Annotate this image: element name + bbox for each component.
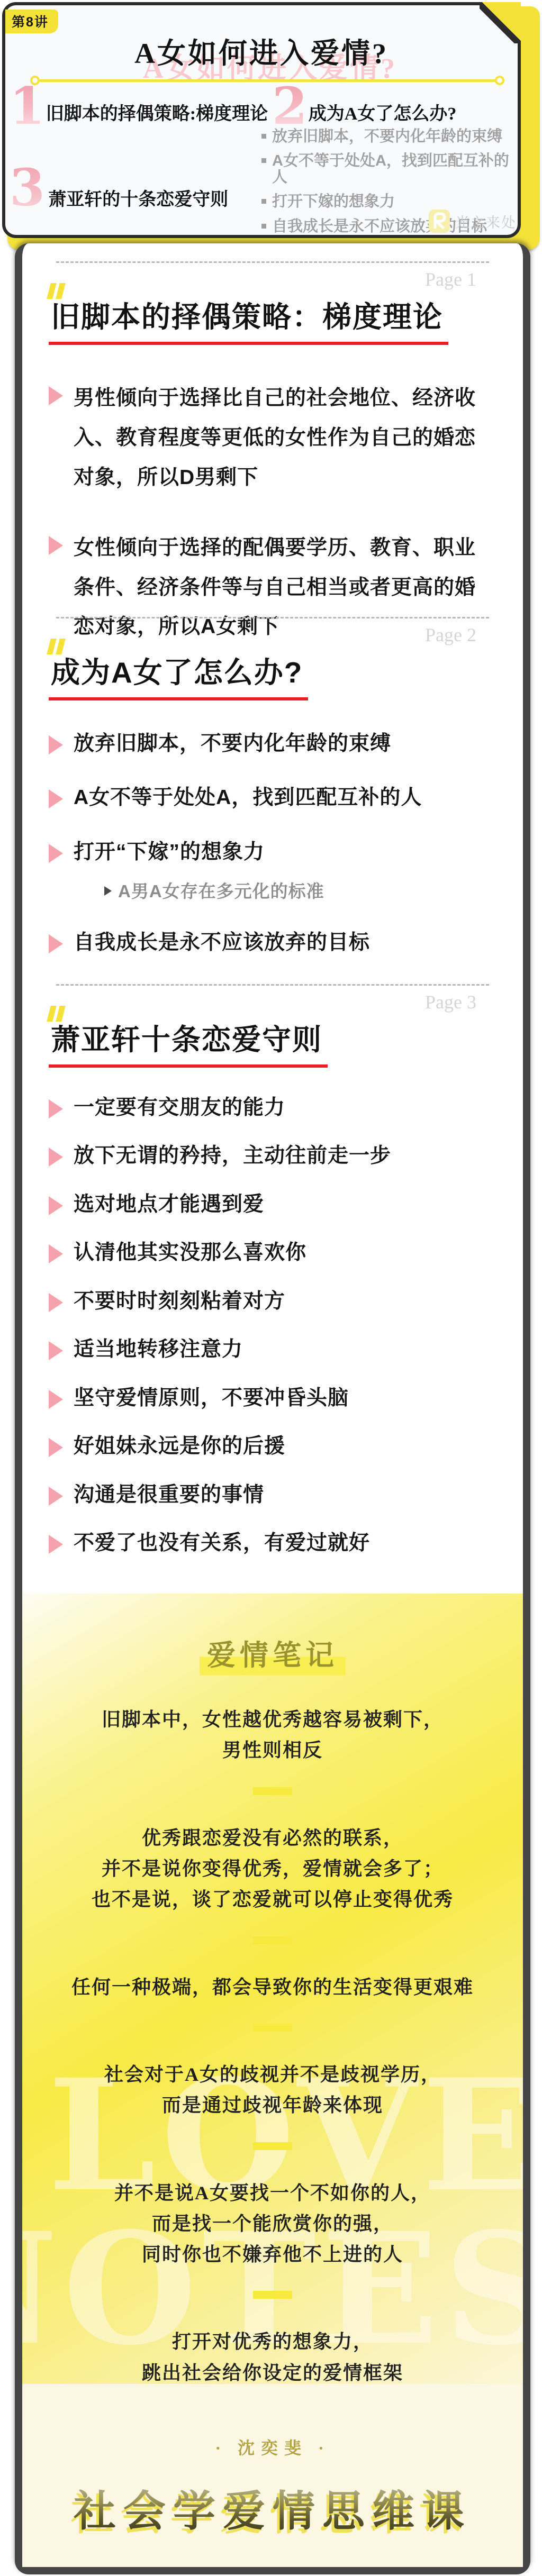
square-bullet-icon	[261, 199, 266, 204]
page-number-label: Page 2	[49, 624, 476, 646]
bullet-item: 放弃旧脚本，不要内化年龄的束缚	[49, 728, 496, 760]
toc-row-2: 3 萧亚轩的十条恋爱守则	[10, 165, 228, 211]
triangle-bullet-icon	[49, 386, 63, 405]
triangle-bullet-icon	[49, 1390, 63, 1409]
header-card: 第8讲 A女如何进入爱情? A女如何进入爱情? 1 旧脚本的择偶策略:梯度理论 …	[2, 2, 521, 238]
bullet-item: A女不等于处处A，找到匹配互补的人	[49, 782, 496, 814]
toc-number-1: 1	[10, 84, 45, 129]
triangle-bullet-icon	[49, 735, 63, 754]
triangle-bullet-icon	[49, 1293, 63, 1312]
page-2-section: Page 2 成为A女了怎么办? 放弃旧脚本，不要内化年龄的束缚 A女不等于处处…	[49, 617, 496, 959]
square-bullet-icon	[261, 158, 266, 163]
bullet-list: 放弃旧脚本，不要内化年龄的束缚 A女不等于处处A，找到匹配互补的人 打开“下嫁”…	[49, 728, 496, 959]
triangle-bullet-icon	[49, 844, 63, 863]
note-paragraph: 优秀跟恋爱没有必然的联系， 并不是说你变得优秀，爱情就会多了； 也不是说，谈了恋…	[22, 1823, 523, 1915]
dash-divider	[253, 2024, 292, 2032]
dash-divider	[253, 1936, 292, 1944]
note-paragraph: 社会对于A女的歧视并不是歧视学历， 而是通过歧视年龄来体现	[22, 2059, 523, 2121]
love-notes-section: LOVE NOTES 爱情笔记 旧脚本中，女性越优秀越容易被剩下， 男性则相反 …	[22, 1594, 523, 2384]
lecture-badge: 第8讲	[5, 10, 58, 33]
dashed-separator	[56, 984, 489, 986]
triangle-bullet-icon	[49, 1099, 63, 1118]
triangle-bullet-icon	[49, 1196, 63, 1215]
bullet-item: 沟通是很重要的事情	[49, 1479, 496, 1511]
dashed-separator	[56, 261, 489, 263]
note-paragraph: 并不是说A女要找一个不如你的人， 而是找一个能欣赏你的强， 同时你也不嫌弃他不上…	[22, 2178, 523, 2270]
bullet-item: 自我成长是永不应该放弃的目标	[49, 927, 496, 959]
triangle-bullet-icon	[49, 1535, 63, 1554]
content-card: Page 1 旧脚本的择偶策略：梯度理论 男性倾向于选择比自己的社会地位、经济收…	[15, 243, 530, 2574]
toc-row-1: 1 旧脚本的择偶策略:梯度理论 2 成为A女了怎么办?	[10, 84, 513, 129]
bullet-list: 男性倾向于选择比自己的社会地位、经济收入、教育程度等更低的女性作为自己的婚恋对象…	[49, 379, 496, 647]
dash-divider	[253, 1787, 292, 1795]
notes-title: 爱情笔记	[200, 1633, 346, 1677]
bullet-item: 一定要有交朋友的能力	[49, 1092, 496, 1124]
brand-logo-icon	[428, 208, 451, 234]
page-number-label: Page 3	[49, 991, 476, 1013]
section-heading: 萧亚轩十条恋爱守则	[49, 1016, 328, 1068]
triangle-bullet-icon	[49, 1438, 63, 1457]
section-heading: 旧脚本的择偶策略：梯度理论	[49, 294, 448, 345]
bullet-item: 打开“下嫁”的想象力 A男A女存在多元化的标准	[49, 836, 496, 905]
toc-number-2: 2	[272, 84, 308, 129]
bullet-item: 不爱了也没有关系，有爱过就好	[49, 1527, 496, 1559]
toc-label-2: 成为A女了怎么办?	[309, 99, 457, 129]
triangle-bullet-icon	[49, 1341, 63, 1360]
square-bullet-icon	[261, 134, 266, 139]
course-title: 社会学爱情思维课	[74, 2477, 472, 2538]
note-paragraph: 旧脚本中，女性越优秀越容易被剩下， 男性则相反	[22, 1704, 523, 1766]
dash-divider	[253, 2291, 292, 2299]
note-paragraph: 打开对优秀的想象力， 跳出社会给你设定的爱情框架	[22, 2326, 523, 2384]
notes-content: 爱情笔记 旧脚本中，女性越优秀越容易被剩下， 男性则相反 优秀跟恋爱没有必然的联…	[22, 1633, 523, 2384]
summary-item: 放弃旧脚本，不要内化年龄的束缚	[261, 129, 517, 144]
triangle-bullet-icon	[49, 1244, 63, 1263]
bullet-item: 选对地点才能遇到爱	[49, 1189, 496, 1221]
bullet-item: 认清他其实没那么喜欢你	[49, 1237, 496, 1269]
dashed-separator	[56, 617, 489, 618]
section-heading: 成为A女了怎么办?	[49, 649, 308, 700]
author-name: · 沈奕斐 ·	[215, 2435, 330, 2459]
bullet-list: 一定要有交朋友的能力 放下无谓的矜持，主动往前走一步 选对地点才能遇到爱 认清他…	[49, 1092, 496, 1559]
triangle-bullet-icon	[49, 934, 63, 953]
bullet-item: 男性倾向于选择比自己的社会地位、经济收入、教育程度等更低的女性作为自己的婚恋对象…	[49, 379, 496, 498]
summary-item: 打开下嫁的想象力	[261, 194, 517, 210]
triangle-bullet-icon	[49, 789, 63, 808]
folded-corner	[480, 2, 521, 43]
note-paragraph: 任何一种极端，都会导致你的生活变得更艰难	[22, 1972, 523, 2002]
bullet-item: 坚守爱情原则，不要冲昏头脑	[49, 1382, 496, 1414]
toc-number-3: 3	[10, 158, 45, 217]
bullet-item: 放下无谓的矜持，主动往前走一步	[49, 1140, 496, 1172]
small-triangle-bullet-icon	[104, 886, 112, 896]
bullet-item: 不要时时刻刻粘着对方	[49, 1286, 496, 1317]
toc-item-2: 2 成为A女了怎么办?	[272, 84, 456, 129]
brand-name: 光之来处	[455, 211, 517, 232]
toc-label-3: 萧亚轩的十条恋爱守则	[48, 190, 228, 214]
brand-mark: 光之来处	[428, 208, 517, 234]
triangle-bullet-icon	[49, 536, 63, 555]
lecture-notes-poster: 第8讲 A女如何进入爱情? A女如何进入爱情? 1 旧脚本的择偶策略:梯度理论 …	[0, 0, 542, 2576]
sub-bullet-item: A男A女存在多元化的标准	[104, 878, 324, 905]
page-3-section: Page 3 萧亚轩十条恋爱守则 一定要有交朋友的能力 放下无谓的矜持，主动往前…	[49, 984, 496, 1559]
dash-divider	[253, 2142, 292, 2150]
page-title: A女如何进入爱情? A女如何进入爱情?	[5, 31, 518, 71]
toc-item-3: 3 萧亚轩的十条恋爱守则	[10, 165, 228, 211]
triangle-bullet-icon	[49, 1148, 63, 1167]
page-1-section: Page 1 旧脚本的择偶策略：梯度理论 男性倾向于选择比自己的社会地位、经济收…	[49, 261, 496, 647]
title-divider-line	[38, 79, 496, 82]
summary-item: A女不等于处处A，找到匹配互补的人	[261, 153, 517, 185]
page-number-label: Page 1	[49, 268, 476, 290]
bullet-item: 适当地转移注意力	[49, 1334, 496, 1366]
triangle-bullet-icon	[49, 1487, 63, 1506]
square-bullet-icon	[261, 224, 266, 229]
toc-label-1: 旧脚本的择偶策略:梯度理论	[46, 99, 268, 129]
toc-item-1: 1 旧脚本的择偶策略:梯度理论	[10, 84, 272, 129]
course-footer: · 沈奕斐 · 社会学爱情思维课	[22, 2384, 523, 2567]
bullet-item: 好姐妹永远是你的后援	[49, 1431, 496, 1462]
